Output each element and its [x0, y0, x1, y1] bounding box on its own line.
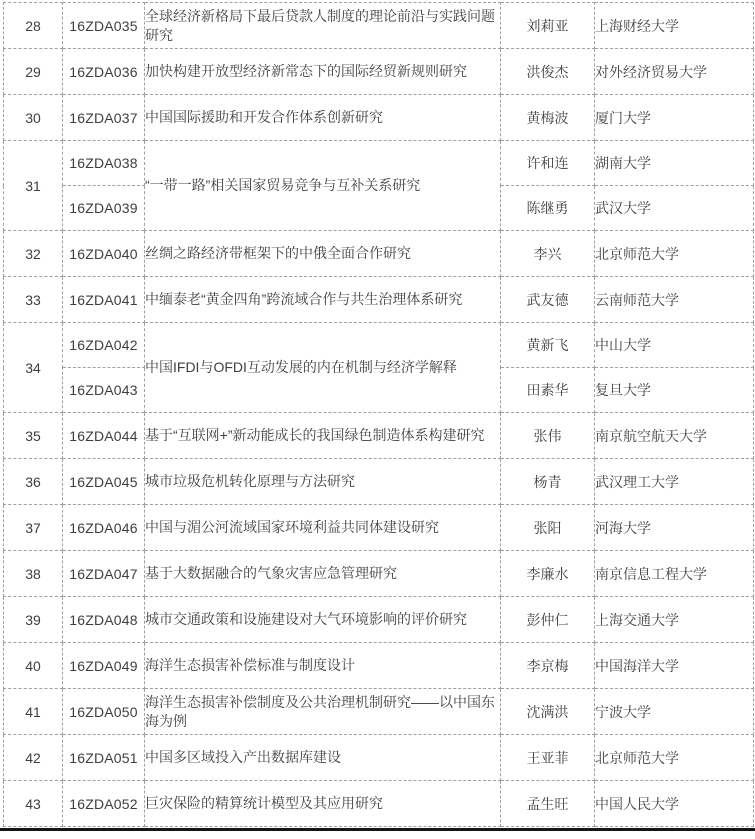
table-row: 38 16ZDA047 基于大数据融合的气象灾害应急管理研究 李廉水 南京信息工…	[4, 551, 754, 597]
project-title-cell: 中国IFDI与OFDI互动发展的内在机制与经济学解释	[145, 323, 501, 413]
project-title-cell: 加快构建开放型经济新常态下的国际经贸新规则研究	[145, 49, 501, 95]
institution-cell: 上海交通大学	[595, 597, 754, 643]
institution-cell: 厦门大学	[595, 95, 754, 141]
table-row: 34 16ZDA042 中国IFDI与OFDI互动发展的内在机制与经济学解释 黄…	[4, 323, 754, 368]
table-row: 41 16ZDA050 海洋生态损害补偿制度及公共治理机制研究——以中国东 海为…	[4, 689, 754, 735]
leader-name-cell: 沈满洪	[501, 689, 595, 735]
institution-cell: 对外经济贸易大学	[595, 49, 754, 95]
institution-cell: 上海财经大学	[595, 3, 754, 49]
project-title-cell: 中国多区域投入产出数据库建设	[145, 735, 501, 781]
institution-cell: 北京师范大学	[595, 231, 754, 277]
row-number-cell: 42	[4, 735, 63, 781]
table-row: 31 16ZDA038 “一带一路”相关国家贸易竞争与互补关系研究 许和连 湖南…	[4, 141, 754, 186]
row-number-cell: 29	[4, 49, 63, 95]
row-number-cell: 36	[4, 459, 63, 505]
institution-cell: 宁波大学	[595, 689, 754, 735]
leader-name-cell: 陈继勇	[501, 186, 595, 231]
row-number-cell: 35	[4, 413, 63, 459]
row-number-cell: 30	[4, 95, 63, 141]
row-number-cell: 34	[4, 323, 63, 413]
institution-cell: 中山大学	[595, 323, 754, 368]
institution-cell: 武汉大学	[595, 186, 754, 231]
leader-name-cell: 洪俊杰	[501, 49, 595, 95]
project-id-cell: 16ZDA050	[63, 689, 145, 735]
institution-cell: 湖南大学	[595, 141, 754, 186]
project-title-cell: 中缅泰老“黄金四角”跨流域合作与共生治理体系研究	[145, 277, 501, 323]
leader-name-cell: 李廉水	[501, 551, 595, 597]
project-title-cell: 城市交通政策和设施建设对大气环境影响的评价研究	[145, 597, 501, 643]
project-id-cell: 16ZDA042	[63, 323, 145, 368]
table-row: 42 16ZDA051 中国多区域投入产出数据库建设 王亚菲 北京师范大学	[4, 735, 754, 781]
row-number-cell: 43	[4, 781, 63, 827]
table-row: 28 16ZDA035 全球经济新格局下最后贷款人制度的理论前沿与实践问题 研究…	[4, 3, 754, 49]
project-id-cell: 16ZDA047	[63, 551, 145, 597]
table-row: 35 16ZDA044 基于“互联网+”新动能成长的我国绿色制造体系构建研究 张…	[4, 413, 754, 459]
table-row: 30 16ZDA037 中国国际援助和开发合作体系创新研究 黄梅波 厦门大学	[4, 95, 754, 141]
row-number-cell: 41	[4, 689, 63, 735]
project-title-cell: 基于“互联网+”新动能成长的我国绿色制造体系构建研究	[145, 413, 501, 459]
project-title-cell: 丝绸之路经济带框架下的中俄全面合作研究	[145, 231, 501, 277]
project-id-cell: 16ZDA044	[63, 413, 145, 459]
project-title-cell: 巨灾保险的精算统计模型及其应用研究	[145, 781, 501, 827]
leader-name-cell: 王亚菲	[501, 735, 595, 781]
institution-cell: 复旦大学	[595, 368, 754, 413]
leader-name-cell: 张伟	[501, 413, 595, 459]
leader-name-cell: 许和连	[501, 141, 595, 186]
project-title-cell: 中国国际援助和开发合作体系创新研究	[145, 95, 501, 141]
leader-name-cell: 李兴	[501, 231, 595, 277]
institution-cell: 河海大学	[595, 505, 754, 551]
row-number-cell: 32	[4, 231, 63, 277]
leader-name-cell: 张阳	[501, 505, 595, 551]
institution-cell: 中国人民大学	[595, 781, 754, 827]
table-row: 39 16ZDA048 城市交通政策和设施建设对大气环境影响的评价研究 彭仲仁 …	[4, 597, 754, 643]
row-number-cell: 31	[4, 141, 63, 231]
project-id-cell: 16ZDA035	[63, 3, 145, 49]
project-id-cell: 16ZDA046	[63, 505, 145, 551]
projects-table: 28 16ZDA035 全球经济新格局下最后贷款人制度的理论前沿与实践问题 研究…	[3, 2, 754, 827]
project-id-cell: 16ZDA048	[63, 597, 145, 643]
table-row: 32 16ZDA040 丝绸之路经济带框架下的中俄全面合作研究 李兴 北京师范大…	[4, 231, 754, 277]
row-number-cell: 39	[4, 597, 63, 643]
leader-name-cell: 李京梅	[501, 643, 595, 689]
table-row: 29 16ZDA036 加快构建开放型经济新常态下的国际经贸新规则研究 洪俊杰 …	[4, 49, 754, 95]
table-row: 37 16ZDA046 中国与湄公河流域国家环境利益共同体建设研究 张阳 河海大…	[4, 505, 754, 551]
project-id-cell: 16ZDA051	[63, 735, 145, 781]
project-title-cell: 城市垃圾危机转化原理与方法研究	[145, 459, 501, 505]
leader-name-cell: 黄新飞	[501, 323, 595, 368]
project-title-cell: 海洋生态损害补偿制度及公共治理机制研究——以中国东 海为例	[145, 689, 501, 735]
table-row: 40 16ZDA049 海洋生态损害补偿标准与制度设计 李京梅 中国海洋大学	[4, 643, 754, 689]
institution-cell: 南京信息工程大学	[595, 551, 754, 597]
document-sheet: 28 16ZDA035 全球经济新格局下最后贷款人制度的理论前沿与实践问题 研究…	[0, 0, 755, 827]
project-title-cell: 基于大数据融合的气象灾害应急管理研究	[145, 551, 501, 597]
row-number-cell: 37	[4, 505, 63, 551]
table-row: 36 16ZDA045 城市垃圾危机转化原理与方法研究 杨青 武汉理工大学	[4, 459, 754, 505]
leader-name-cell: 孟生旺	[501, 781, 595, 827]
leader-name-cell: 田素华	[501, 368, 595, 413]
leader-name-cell: 刘莉亚	[501, 3, 595, 49]
project-id-cell: 16ZDA052	[63, 781, 145, 827]
project-title-cell: 全球经济新格局下最后贷款人制度的理论前沿与实践问题 研究	[145, 3, 501, 49]
leader-name-cell: 武友德	[501, 277, 595, 323]
project-id-cell: 16ZDA040	[63, 231, 145, 277]
project-id-cell: 16ZDA036	[63, 49, 145, 95]
row-number-cell: 28	[4, 3, 63, 49]
project-title-cell: 海洋生态损害补偿标准与制度设计	[145, 643, 501, 689]
project-id-cell: 16ZDA049	[63, 643, 145, 689]
institution-cell: 武汉理工大学	[595, 459, 754, 505]
table-row: 43 16ZDA052 巨灾保险的精算统计模型及其应用研究 孟生旺 中国人民大学	[4, 781, 754, 827]
leader-name-cell: 彭仲仁	[501, 597, 595, 643]
institution-cell: 云南师范大学	[595, 277, 754, 323]
project-id-cell: 16ZDA038	[63, 141, 145, 186]
project-title-cell: “一带一路”相关国家贸易竞争与互补关系研究	[145, 141, 501, 231]
project-title-cell: 中国与湄公河流域国家环境利益共同体建设研究	[145, 505, 501, 551]
project-id-cell: 16ZDA043	[63, 368, 145, 413]
project-id-cell: 16ZDA041	[63, 277, 145, 323]
project-id-cell: 16ZDA037	[63, 95, 145, 141]
row-number-cell: 33	[4, 277, 63, 323]
leader-name-cell: 杨青	[501, 459, 595, 505]
project-id-cell: 16ZDA039	[63, 186, 145, 231]
institution-cell: 北京师范大学	[595, 735, 754, 781]
leader-name-cell: 黄梅波	[501, 95, 595, 141]
institution-cell: 中国海洋大学	[595, 643, 754, 689]
table-row: 33 16ZDA041 中缅泰老“黄金四角”跨流域合作与共生治理体系研究 武友德…	[4, 277, 754, 323]
row-number-cell: 40	[4, 643, 63, 689]
institution-cell: 南京航空航天大学	[595, 413, 754, 459]
project-id-cell: 16ZDA045	[63, 459, 145, 505]
row-number-cell: 38	[4, 551, 63, 597]
page-bottom-rule	[0, 828, 755, 831]
